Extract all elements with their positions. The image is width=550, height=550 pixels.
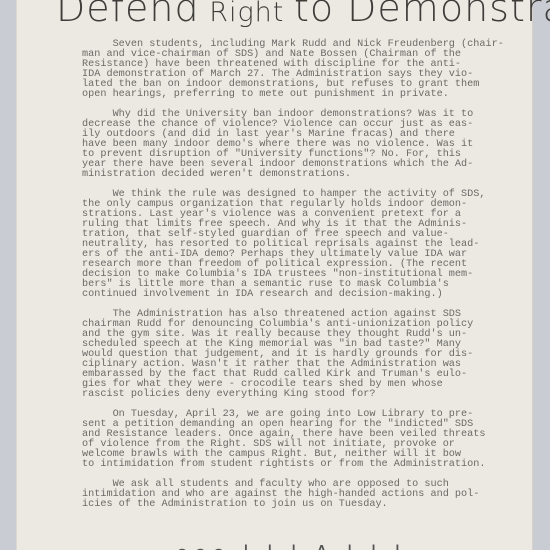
text-line: continued involvement in IDA research an… xyxy=(82,290,542,300)
document-page: Defend Right to Demonstrate Seven studen… xyxy=(16,0,533,550)
footer-handwriting-partial: ooo l l l A l l l l ll ooo t xyxy=(176,543,416,550)
paragraph: Why did the University ban indoor demons… xyxy=(82,110,542,180)
text-line: to intimidation from student rightists o… xyxy=(82,460,542,470)
paragraph: We ask all students and faculty who are … xyxy=(82,480,542,510)
title-part-right: Right xyxy=(200,0,294,28)
page-title: Defend Right to Demonstrate xyxy=(56,0,536,30)
text-line: ministration decided weren't demonstrati… xyxy=(82,170,542,180)
text-line: rascist policies deny everything King st… xyxy=(82,390,542,400)
text-line: open hearings, preferring to mete out pu… xyxy=(82,90,542,100)
paragraph: On Tuesday, April 23, we are going into … xyxy=(82,410,542,470)
paragraph: We think the rule was designed to hamper… xyxy=(82,190,542,300)
paragraph: The Administration has also threatened a… xyxy=(82,310,542,400)
text-line: icies of the Administration to join us o… xyxy=(82,500,542,510)
document-body: Seven students, including Mark Rudd and … xyxy=(82,40,542,520)
title-part-demonstrate: to Demonstrate xyxy=(294,0,550,30)
title-part-defend: Defend xyxy=(56,0,200,30)
paragraph: Seven students, including Mark Rudd and … xyxy=(82,40,542,100)
